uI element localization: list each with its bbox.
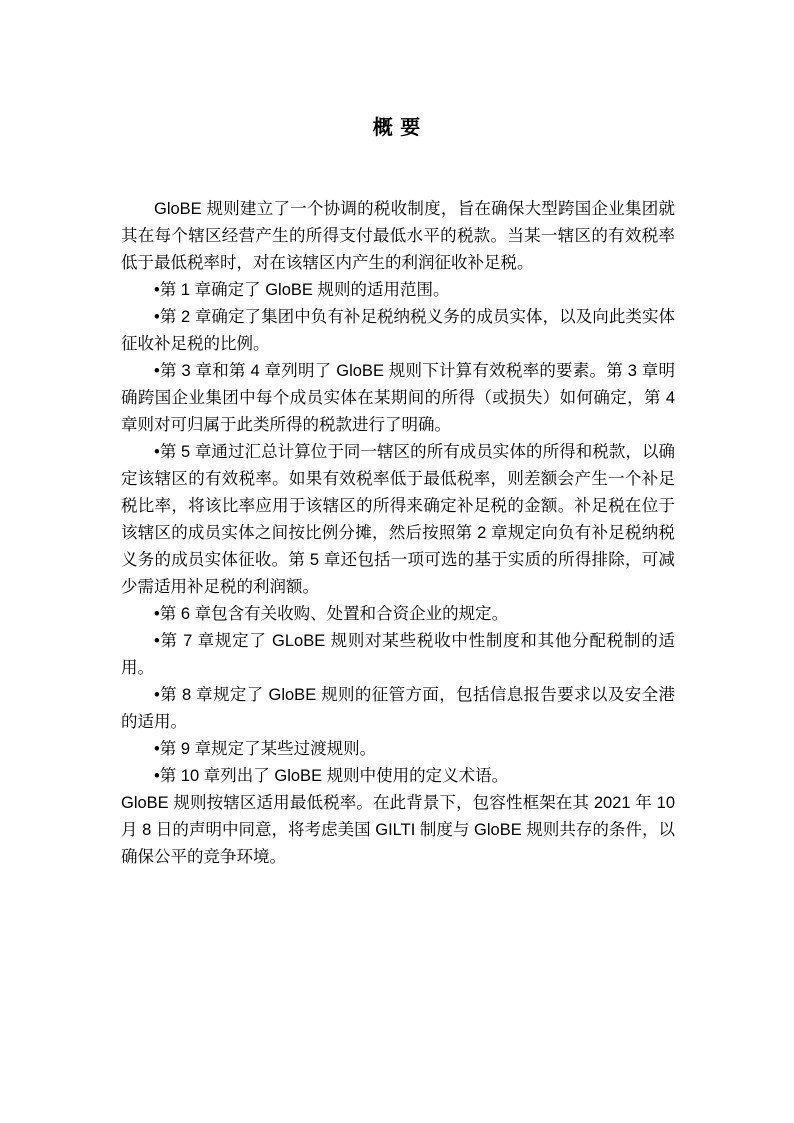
paragraph-chapter-5: •第 5 章通过汇总计算位于同一辖区的所有成员实体的所得和税款，以确定该辖区的有… (121, 439, 675, 601)
paragraph-chapter-3-4: •第 3 章和第 4 章列明了 GloBE 规则下计算有效税率的要素。第 3 章… (121, 358, 675, 439)
paragraph-chapter-10: •第 10 章列出了 GloBE 规则中使用的定义术语。 (121, 763, 675, 790)
document-page: 概 要 GloBE 规则建立了一个协调的税收制度，旨在确保大型跨国企业集团就其在… (0, 0, 794, 1123)
document-body: GloBE 规则建立了一个协调的税收制度，旨在确保大型跨国企业集团就其在每个辖区… (121, 196, 675, 871)
paragraph-chapter-1: •第 1 章确定了 GloBE 规则的适用范围。 (121, 277, 675, 304)
paragraph-chapter-9: •第 9 章规定了某些过渡规则。 (121, 736, 675, 763)
paragraph-closing: GloBE 规则按辖区适用最低税率。在此背景下，包容性框架在其 2021 年 1… (121, 790, 675, 871)
paragraph-chapter-2: •第 2 章确定了集团中负有补足税纳税义务的成员实体，以及向此类实体征收补足税的… (121, 304, 675, 358)
paragraph-chapter-7: •第 7 章规定了 GLoBE 规则对某些税收中性制度和其他分配税制的适用。 (121, 628, 675, 682)
page-title: 概 要 (0, 114, 794, 142)
paragraph-chapter-6: •第 6 章包含有关收购、处置和合资企业的规定。 (121, 601, 675, 628)
paragraph-chapter-8: •第 8 章规定了 GloBE 规则的征管方面，包括信息报告要求以及安全港的适用… (121, 682, 675, 736)
paragraph-intro: GloBE 规则建立了一个协调的税收制度，旨在确保大型跨国企业集团就其在每个辖区… (121, 196, 675, 277)
